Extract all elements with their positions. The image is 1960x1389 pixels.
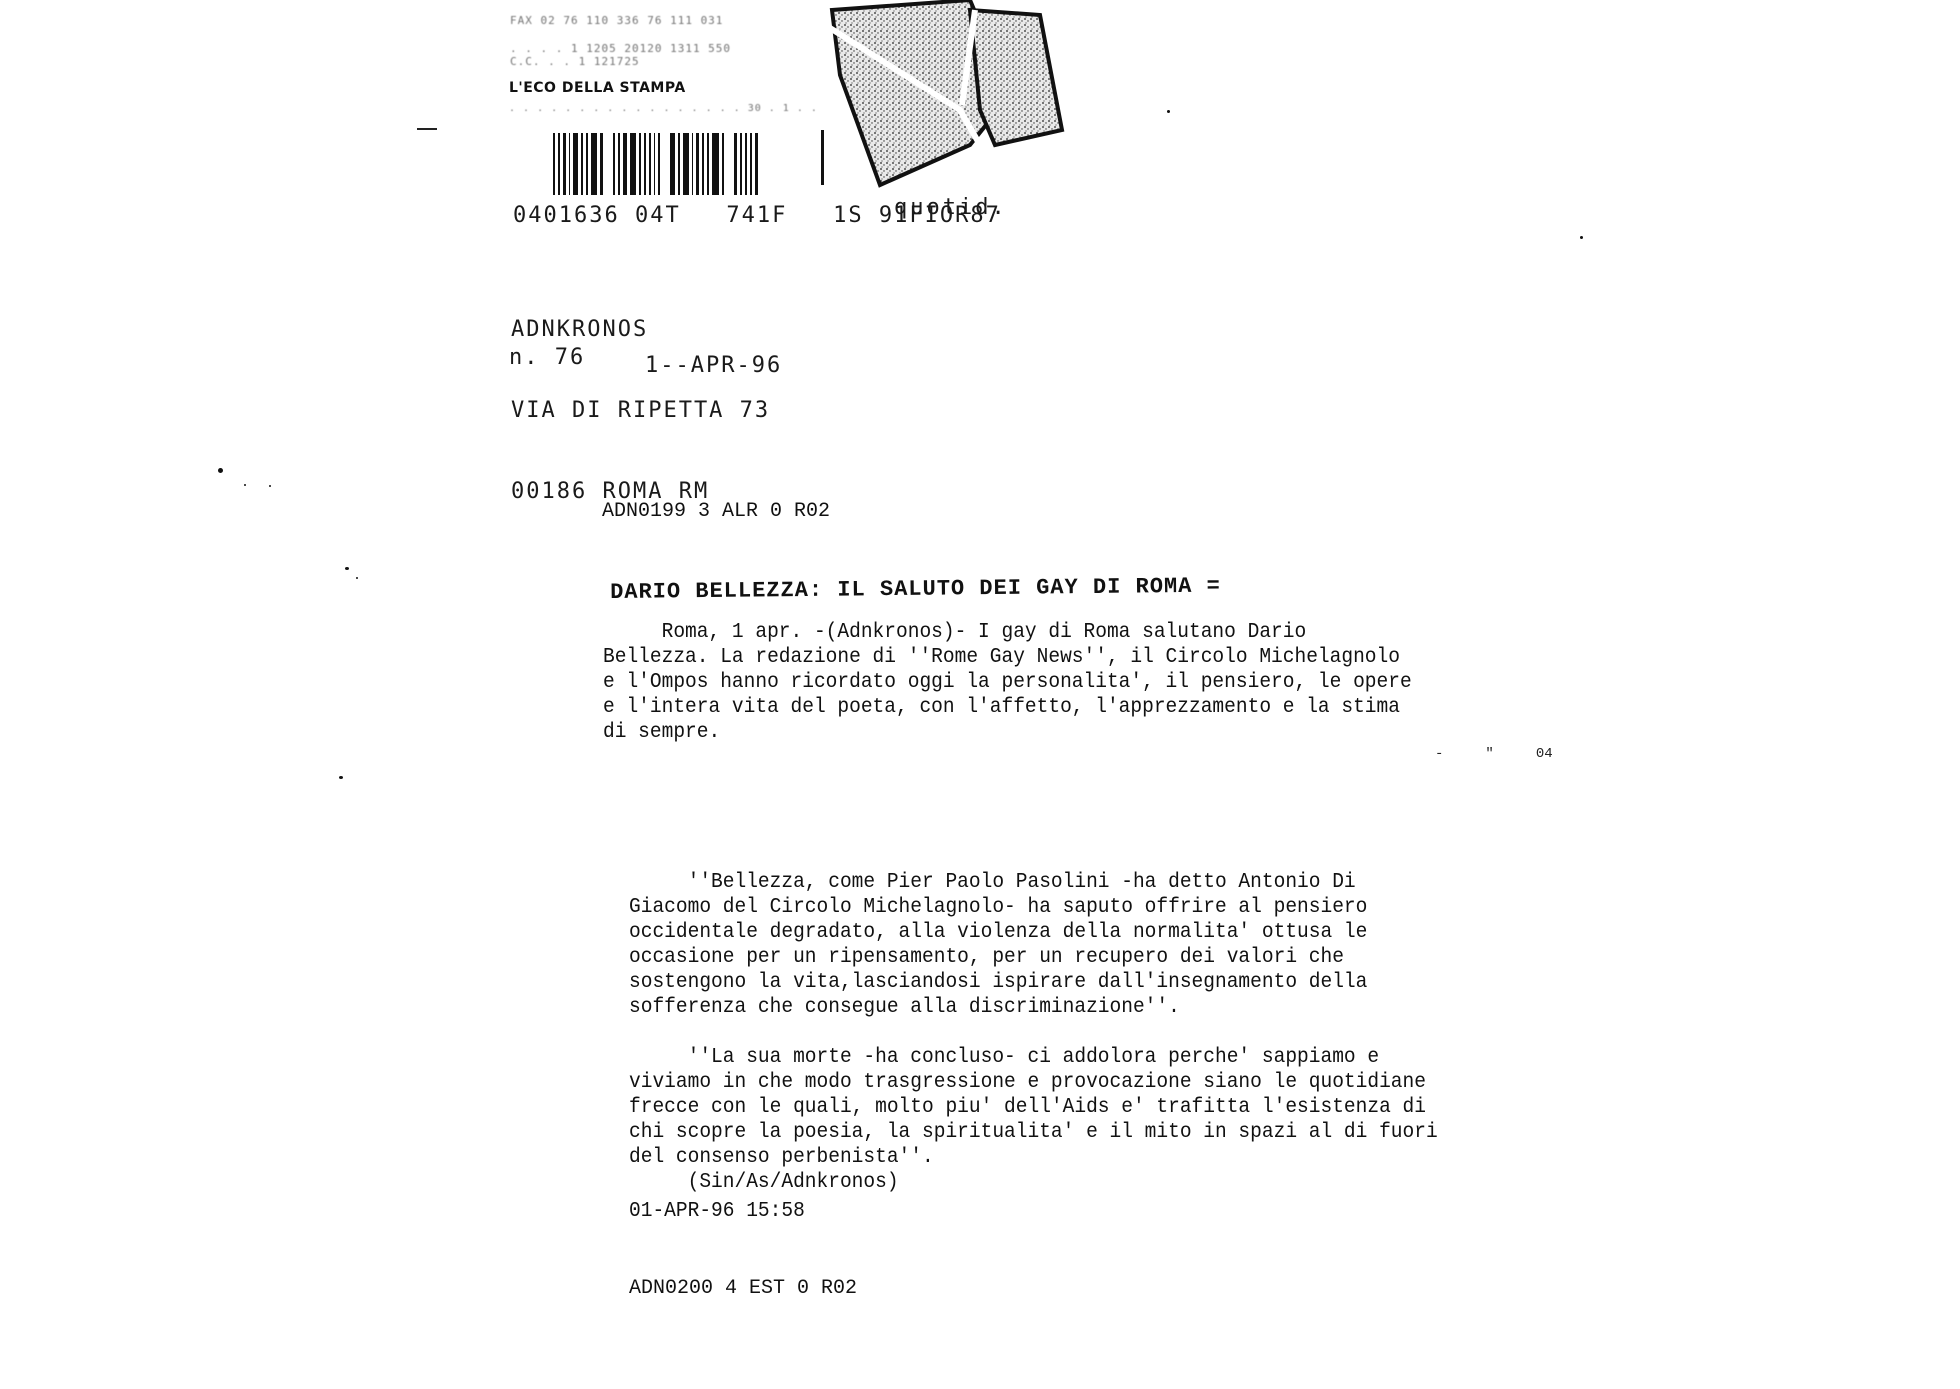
scan-speck bbox=[218, 468, 223, 473]
barcode-bar bbox=[722, 133, 724, 195]
paragraph-line: Roma, 1 apr. -(Adnkronos)- I gay di Roma… bbox=[603, 620, 1412, 645]
dispatch-signature: (Sin/As/Adnkronos) bbox=[629, 1170, 899, 1195]
barcode-bar bbox=[745, 133, 747, 195]
dispatch-timestamp: 01-APR-96 15:58 bbox=[629, 1199, 805, 1224]
dispatch-paragraph-1: Roma, 1 apr. -(Adnkronos)- I gay di Roma… bbox=[603, 620, 1412, 745]
faded-agency-address: . . . . . . . . . . . . . . . . . 30 . 1… bbox=[509, 103, 818, 114]
barcode-bar bbox=[644, 133, 646, 195]
barcode-bar bbox=[658, 133, 660, 195]
paragraph-line: ''La sua morte -ha concluso- ci addolora… bbox=[629, 1045, 1438, 1070]
scan-speck bbox=[244, 484, 246, 486]
barcode-bar bbox=[600, 133, 603, 195]
paragraph-line: viviamo in che modo trasgressione e prov… bbox=[629, 1070, 1438, 1095]
barcode-bar bbox=[639, 133, 641, 195]
dispatch-paragraph-2: ''Bellezza, come Pier Paolo Pasolini -ha… bbox=[629, 870, 1367, 1020]
barcode-icon bbox=[553, 133, 761, 195]
barcode-bar bbox=[734, 133, 737, 195]
scan-speck bbox=[1167, 110, 1170, 113]
barcode-bar bbox=[623, 133, 627, 195]
issue-date: 1--APR-96 bbox=[645, 352, 782, 379]
issue-number: n. 76 bbox=[509, 344, 585, 371]
barcode-bar bbox=[755, 133, 758, 195]
cut-off-fragment: - " 04 bbox=[1435, 742, 1553, 766]
barcode-bar bbox=[613, 133, 615, 195]
barcode-bar bbox=[649, 133, 651, 195]
barcode-bar bbox=[654, 133, 655, 195]
barcode-bar bbox=[712, 133, 719, 195]
stamp-margin-rule bbox=[821, 130, 824, 185]
paragraph-line: e l'Ompos hanno ricordato oggi la person… bbox=[603, 670, 1412, 695]
barcode-bar bbox=[630, 133, 636, 195]
dispatch-headline: DARIO BELLEZZA: IL SALUTO DEI GAY DI ROM… bbox=[610, 574, 1221, 605]
address-line: ADNKRONOS bbox=[511, 316, 770, 343]
barcode-bar bbox=[740, 133, 742, 195]
paragraph-line: sostengono la vita,lasciandosi ispirare … bbox=[629, 970, 1367, 995]
faded-fax-line: FAX 02 76 110 336 76 111 031 bbox=[510, 14, 723, 27]
faded-phone-line: . . . . 1 1205 20120 1311 550 bbox=[510, 42, 731, 55]
barcode-bar bbox=[569, 133, 570, 195]
barcode-bar bbox=[707, 133, 709, 195]
paragraph-line: di sempre. bbox=[603, 720, 1412, 745]
publisher-address: ADNKRONOS VIA DI RIPETTA 73 00186 ROMA R… bbox=[511, 262, 770, 532]
paragraph-line: frecce con le quali, molto piu' dell'Aid… bbox=[629, 1095, 1438, 1120]
barcode-bar bbox=[553, 133, 555, 195]
barcode-bar bbox=[573, 133, 578, 195]
scan-speck bbox=[356, 577, 358, 579]
barcode-bar bbox=[670, 133, 675, 195]
barcode-bar bbox=[563, 133, 566, 195]
scan-speck bbox=[345, 567, 349, 570]
barcode-bar bbox=[581, 133, 583, 195]
scan-mark bbox=[417, 128, 437, 130]
paragraph-line: e l'intera vita del poeta, con l'affetto… bbox=[603, 695, 1412, 720]
paragraph-line: Bellezza. La redazione di ''Rome Gay New… bbox=[603, 645, 1412, 670]
barcode-bar bbox=[678, 133, 680, 195]
periodicity-label: quotid. bbox=[894, 194, 1008, 221]
paragraph-line: Giacomo del Circolo Michelagnolo- ha sap… bbox=[629, 895, 1367, 920]
scan-speck bbox=[339, 776, 343, 779]
scan-speck bbox=[269, 485, 271, 487]
paragraph-line: sofferenza che consegue alla discriminaz… bbox=[629, 995, 1367, 1020]
paragraph-line: occidentale degradato, alla violenza del… bbox=[629, 920, 1367, 945]
barcode-bar bbox=[702, 133, 704, 195]
dispatch-paragraph-3: ''La sua morte -ha concluso- ci addolora… bbox=[629, 1045, 1438, 1170]
barcode-bar bbox=[692, 133, 693, 195]
barcode-bar bbox=[696, 133, 699, 195]
paragraph-line: chi scopre la poesia, la spiritualita' e… bbox=[629, 1120, 1438, 1145]
paragraph-line: occasione per un ripensamento, per un re… bbox=[629, 945, 1367, 970]
dispatch-id-line: ADN0199 3 ALR 0 R02 bbox=[602, 500, 830, 524]
scan-speck bbox=[1580, 236, 1583, 239]
barcode-bar bbox=[618, 133, 620, 195]
clipping-agency-name: L'ECO DELLA STAMPA bbox=[509, 80, 686, 96]
address-line: VIA DI RIPETTA 73 bbox=[511, 397, 770, 424]
next-dispatch-id-line: ADN0200 4 EST 0 R02 bbox=[629, 1277, 857, 1301]
paragraph-line: ''Bellezza, come Pier Paolo Pasolini -ha… bbox=[629, 870, 1367, 895]
barcode-bar bbox=[683, 133, 689, 195]
barcode-bar bbox=[558, 133, 560, 195]
barcode-bar bbox=[586, 133, 588, 195]
stamped-illustration-icon bbox=[820, 0, 1030, 185]
faded-registry-line: C.C. . . 1 121725 bbox=[510, 55, 640, 68]
barcode-bar bbox=[591, 133, 597, 195]
barcode-bar bbox=[750, 133, 752, 195]
paragraph-line: del consenso perbenista''. bbox=[629, 1145, 1438, 1170]
